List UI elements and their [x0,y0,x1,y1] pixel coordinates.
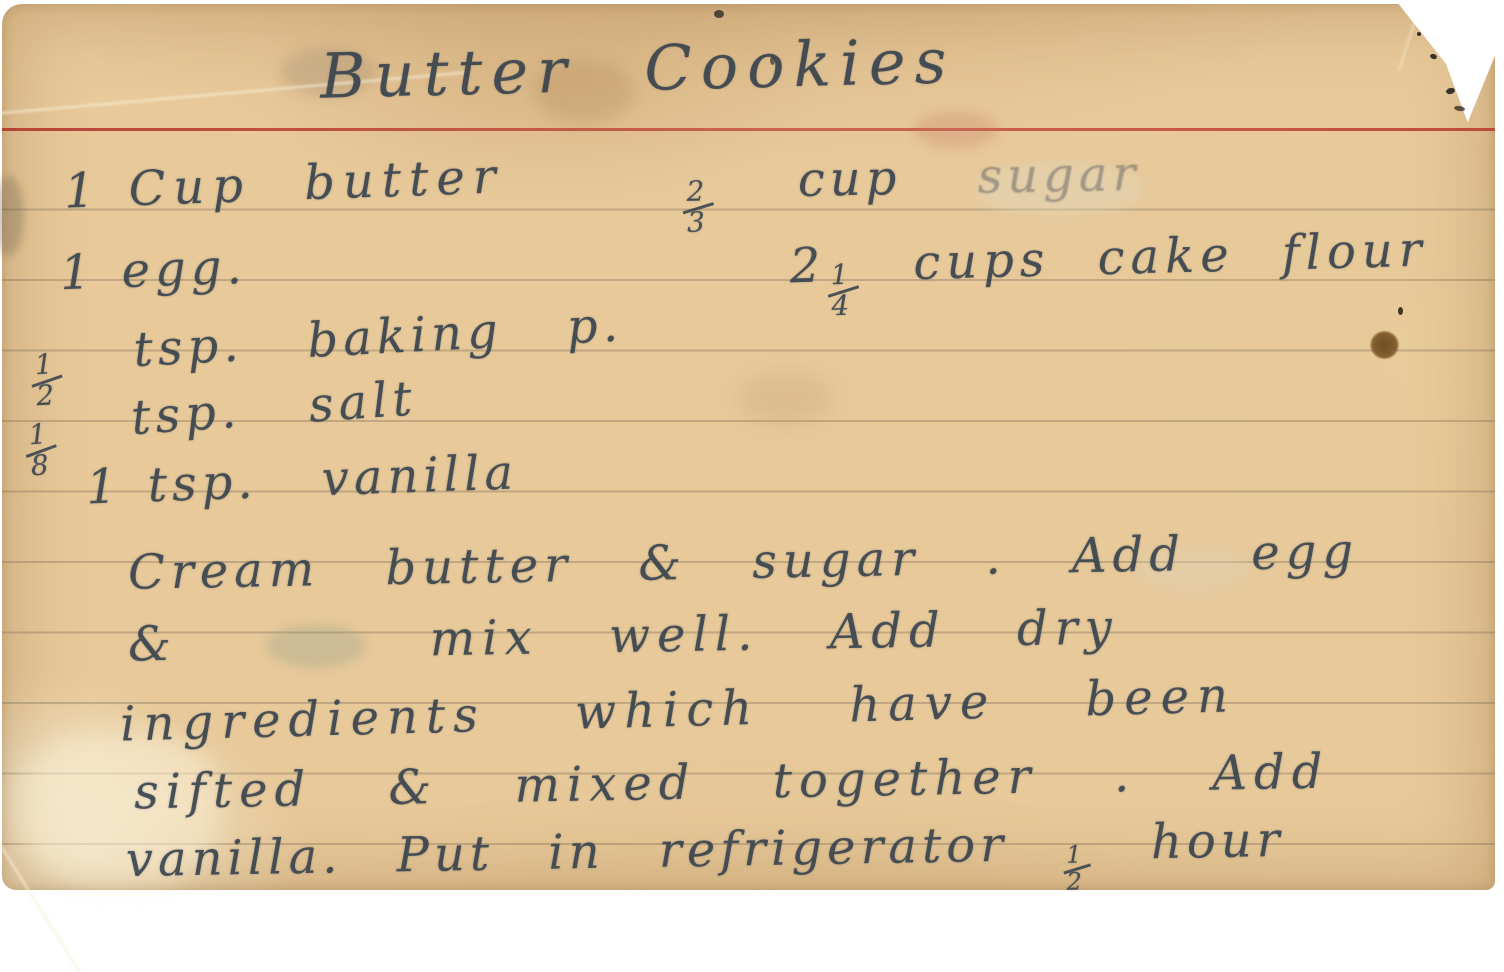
stain [914,112,998,148]
fraction-numerator: 1 [1066,843,1087,866]
ingredient-unit: cup [797,150,901,208]
ingredient-text: egg. [121,239,248,299]
ink-speck [714,10,724,18]
instruction-tail: hour [1150,812,1285,870]
red-rule-line [2,128,1495,131]
torn-corner [1375,2,1497,130]
fraction-denominator: 3 [687,210,710,237]
fraction-denominator: 4 [831,293,855,320]
fraction-numerator: 1 [28,421,53,449]
fraction-denominator: 2 [1066,871,1087,894]
tear-speck [1445,87,1455,95]
ingredient-qty: 1 [59,244,96,301]
fraction-numerator: 1 [830,262,854,289]
recipe-card: Butter Cookies 1Cup butter 1egg. 12 tsp.… [2,4,1495,890]
fraction: 12 [1062,843,1090,894]
fraction-numerator: 1 [34,351,58,379]
ingredient-line: 1Cup butter [63,152,504,215]
ingredient-line: 214 cups cake flour [789,226,1429,321]
fraction-numerator: 2 [686,179,709,206]
brown-spot [1370,331,1399,359]
fraction: 18 [23,421,59,480]
ingredient-line: 1tsp. vanilla [85,448,518,511]
instruction-lead: & [128,616,179,673]
stain [738,372,834,424]
tear-speck [1417,32,1421,36]
ingredient-text-faded: sugar [977,146,1141,205]
ingredient-line: 23 cup sugar [681,150,1141,237]
ink-speck [1398,307,1403,315]
fraction-denominator: 8 [30,452,55,480]
recipe-title: Butter Cookies [319,30,956,108]
ingredient-qty: 1 [63,162,103,219]
ingredient-whole: 2 [789,237,827,294]
fraction: 14 [826,262,860,320]
fraction: 23 [682,179,715,237]
ingredient-line: 1egg. [59,243,247,297]
ingredient-qty: 1 [85,458,122,515]
tear-speck [1429,53,1437,60]
